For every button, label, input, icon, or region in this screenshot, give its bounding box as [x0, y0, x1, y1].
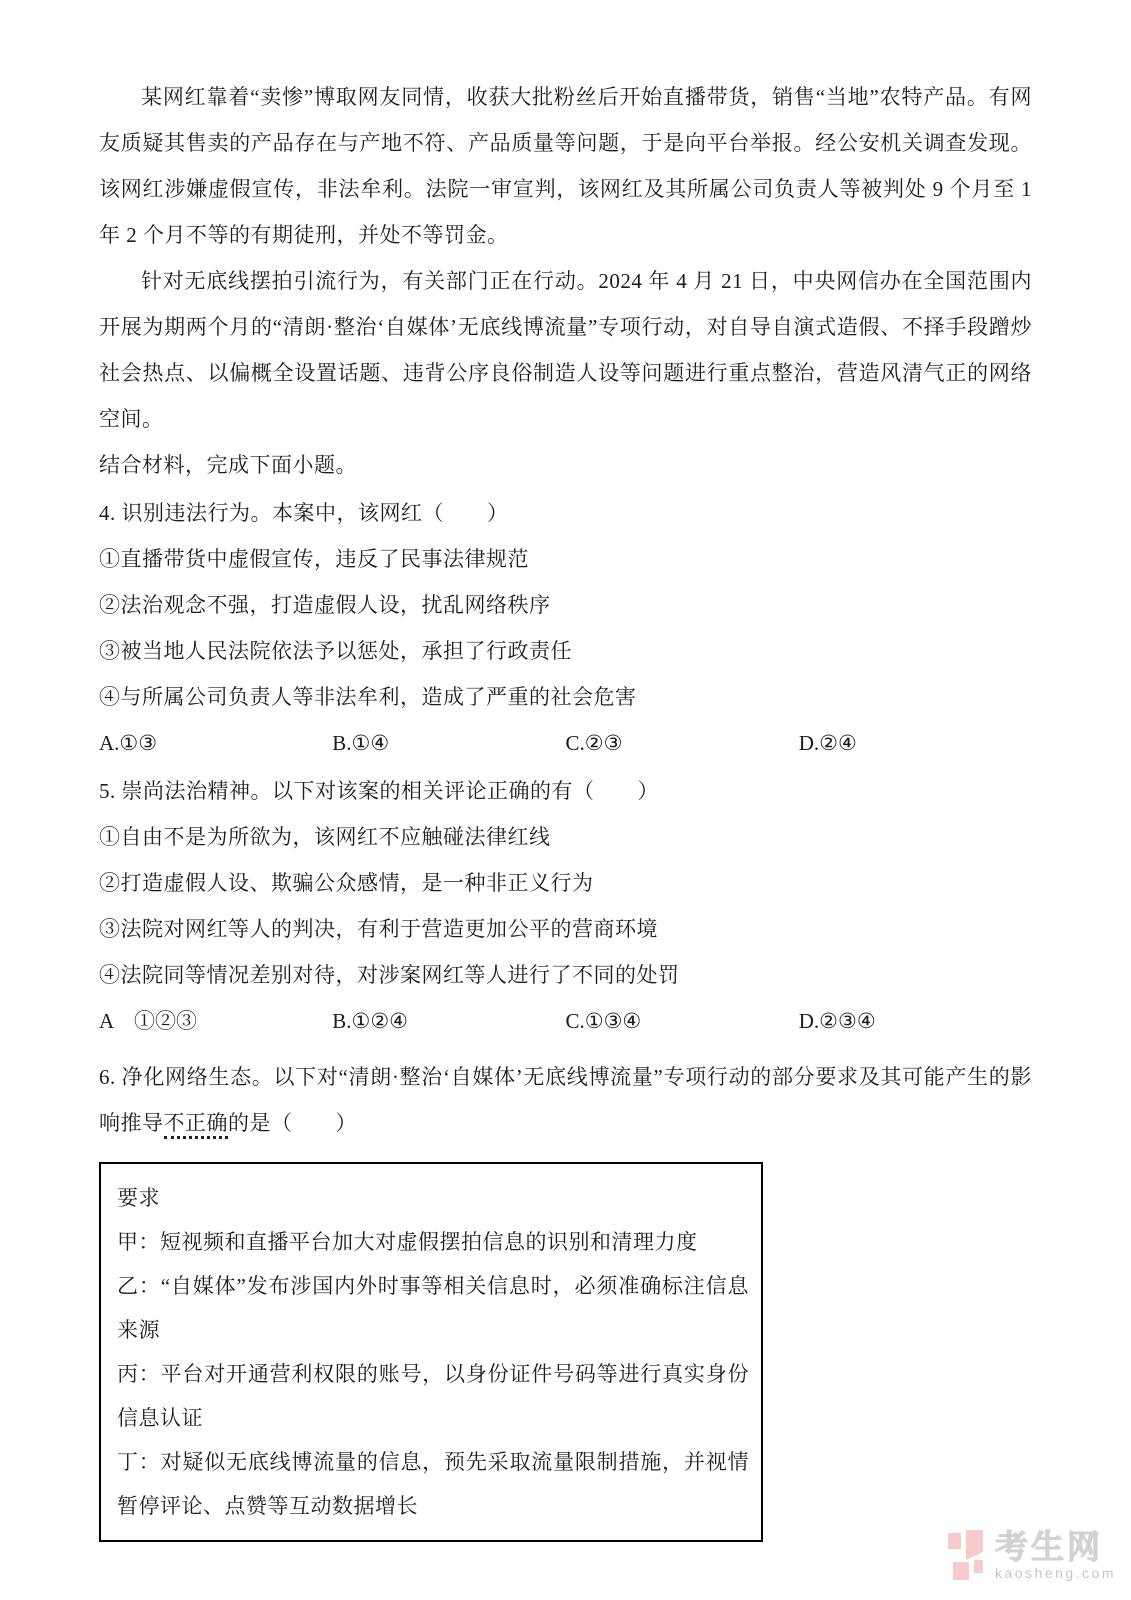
watermark-text: 考生网 kaosheng.com [995, 1530, 1116, 1582]
question-5-option-c: C.①③④ [566, 998, 799, 1044]
kaosheng-logo-icon [948, 1530, 984, 1587]
exam-page: 某网红靠着“卖惨”博取网友同情，收获大批粉丝后开始直播带货，销售“当地”农特产品… [0, 0, 1131, 1542]
material-paragraph-1: 某网红靠着“卖惨”博取网友同情，收获大批粉丝后开始直播带货，销售“当地”农特产品… [99, 74, 1032, 258]
material-closing: 结合材料，完成下面小题。 [99, 442, 1032, 488]
question-4-option-c: C.②③ [566, 720, 799, 766]
question-6-stem-emphasized: 不正确 [164, 1111, 229, 1139]
question-5: 5. 崇尚法治精神。以下对该案的相关评论正确的有（ ） ①自由不是为所欲为，该网… [99, 768, 1032, 1044]
requirement-ding: 丁：对疑似无底线博流量的信息，预先采取流量限制措施，并视情暂停评论、点赞等互动数… [117, 1440, 749, 1528]
question-4-option-a: A.①③ [99, 720, 332, 766]
question-5-stem: 5. 崇尚法治精神。以下对该案的相关评论正确的有（ ） [99, 768, 1032, 814]
question-4: 4. 识别违法行为。本案中，该网红（ ） ①直播带货中虚假宣传，违反了民事法律规… [99, 490, 1032, 766]
question-4-options: A.①③ B.①④ C.②③ D.②④ [99, 720, 1032, 766]
question-5-option-a: A ①②③ [99, 998, 332, 1044]
question-4-item-3: ③被当地人民法院依法予以惩处，承担了行政责任 [99, 628, 1032, 674]
requirements-table: 要求 甲：短视频和直播平台加大对虚假摆拍信息的识别和清理力度 乙：“自媒体”发布… [99, 1162, 763, 1542]
question-4-item-1: ①直播带货中虚假宣传，违反了民事法律规范 [99, 536, 1032, 582]
question-4-item-2: ②法治观念不强，打造虚假人设，扰乱网络秩序 [99, 582, 1032, 628]
question-4-option-d: D.②④ [799, 720, 1032, 766]
question-4-stem: 4. 识别违法行为。本案中，该网红（ ） [99, 490, 1032, 536]
requirement-bing: 丙：平台对开通营利权限的账号，以身份证件号码等进行真实身份信息认证 [117, 1352, 749, 1440]
question-4-item-4: ④与所属公司负责人等非法牟利，造成了严重的社会危害 [99, 674, 1032, 720]
question-5-options: A ①②③ B.①②④ C.①③④ D.②③④ [99, 998, 1032, 1044]
question-6: 6. 净化网络生态。以下对“清朗·整治‘自媒体’无底线博流量”专项行动的部分要求… [99, 1054, 1032, 1542]
question-5-item-1: ①自由不是为所欲为，该网红不应触碰法律红线 [99, 814, 1032, 860]
question-6-stem-post: 的是（ ） [228, 1111, 357, 1135]
question-5-item-4: ④法院同等情况差别对待，对涉案网红等人进行了不同的处罚 [99, 952, 1032, 998]
watermark-brand: 考生网 [995, 1530, 1116, 1564]
question-6-stem: 6. 净化网络生态。以下对“清朗·整治‘自媒体’无底线博流量”专项行动的部分要求… [99, 1054, 1032, 1146]
requirement-yi: 乙：“自媒体”发布涉国内外时事等相关信息时，必须准确标注信息来源 [117, 1264, 749, 1352]
question-5-option-d: D.②③④ [799, 998, 1032, 1044]
question-4-option-b: B.①④ [332, 720, 565, 766]
kaosheng-watermark: 考生网 kaosheng.com [948, 1530, 1116, 1587]
question-5-item-3: ③法院对网红等人的判决，有利于营造更加公平的营商环境 [99, 906, 1032, 952]
requirements-header: 要求 [117, 1176, 749, 1220]
question-5-item-2: ②打造虚假人设、欺骗公众感情，是一种非正义行为 [99, 860, 1032, 906]
material-paragraph-2: 针对无底线摆拍引流行为，有关部门正在行动。2024 年 4 月 21 日，中央网… [99, 258, 1032, 442]
requirement-jia: 甲：短视频和直播平台加大对虚假摆拍信息的识别和清理力度 [117, 1220, 749, 1264]
question-5-option-b: B.①②④ [332, 998, 565, 1044]
watermark-domain: kaosheng.com [995, 1564, 1116, 1582]
